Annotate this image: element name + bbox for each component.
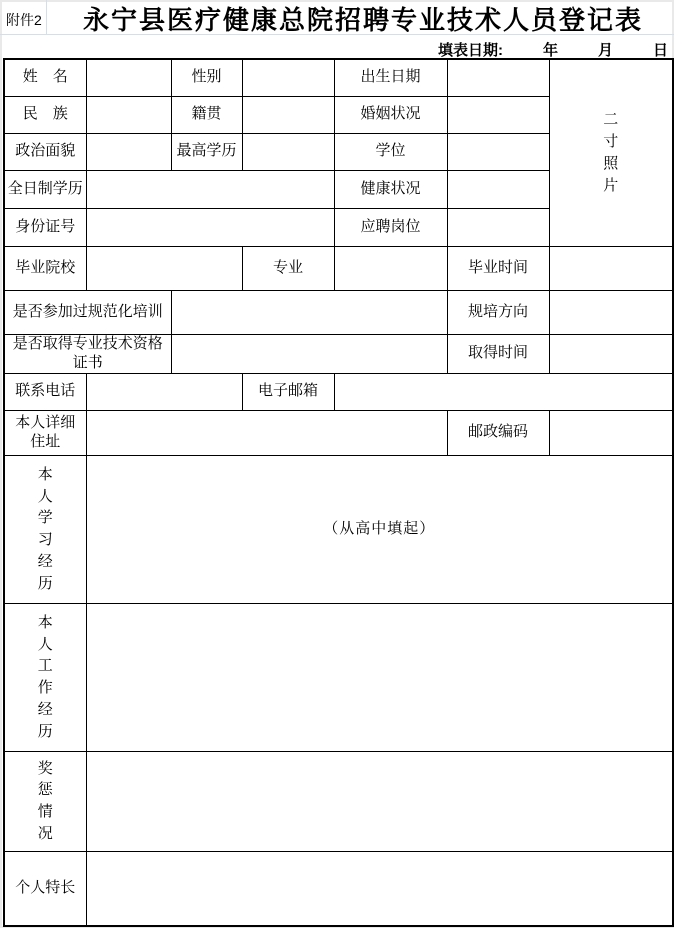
address-input-cell[interactable] (86, 410, 447, 455)
email-input-cell[interactable] (334, 373, 673, 410)
highest-education-input-cell[interactable] (242, 133, 334, 170)
political-status-label: 政治面貌 (4, 133, 86, 170)
degree-input-cell[interactable] (447, 133, 549, 170)
rewards-punishments-vertical-text: 奖惩情况 (37, 758, 53, 845)
table-row: 姓 名 性别 出生日期 二寸照片 (4, 59, 673, 96)
qualification-cert-label-line1: 是否取得专业技术资格 (7, 335, 169, 354)
ethnicity-label: 民 族 (4, 96, 86, 133)
fulltime-education-label: 全日制学历 (4, 170, 86, 208)
personal-specialty-label: 个人特长 (4, 851, 86, 926)
work-experience-vertical-text: 本人工作经历 (37, 612, 53, 743)
cert-time-input-cell[interactable] (549, 334, 673, 373)
photo-placeholder-label: 二寸照片 (603, 109, 619, 196)
highest-education-label: 最高学历 (171, 133, 242, 170)
training-direction-input-cell[interactable] (549, 290, 673, 334)
phone-input-cell[interactable] (86, 373, 242, 410)
cert-time-label: 取得时间 (447, 334, 549, 373)
standardized-training-label: 是否参加过规范化培训 (4, 290, 171, 334)
applied-position-input-cell[interactable] (447, 208, 549, 246)
birth-date-input-cell[interactable] (447, 59, 549, 96)
degree-label: 学位 (334, 133, 447, 170)
work-experience-input-area[interactable] (86, 603, 673, 751)
birth-date-label: 出生日期 (334, 59, 447, 96)
page-header: 附件2 永宁县医疗健康总院招聘专业技术人员登记表 填表日期: 年 月 日 (2, 2, 672, 58)
table-row: 奖惩情况 (4, 751, 673, 851)
work-experience-label: 本人工作经历 (4, 603, 86, 751)
photo-cell[interactable]: 二寸照片 (549, 59, 673, 246)
address-label-line2: 住址 (7, 433, 84, 452)
fulltime-education-input-cell[interactable] (86, 170, 334, 208)
graduate-school-label: 毕业院校 (4, 246, 86, 290)
political-status-input-cell[interactable] (86, 133, 171, 170)
name-label: 姓 名 (4, 59, 86, 96)
table-row: 本人工作经历 (4, 603, 673, 751)
attachment-label: 附件2 (6, 13, 42, 27)
study-experience-input-area[interactable]: （从高中填起） (86, 455, 673, 603)
standardized-training-input-cell[interactable] (171, 290, 447, 334)
major-label: 专业 (242, 246, 334, 290)
graduation-time-input-cell[interactable] (549, 246, 673, 290)
fill-date-label: 填表日期: (438, 39, 503, 60)
fill-date-line: 填表日期: 年 月 日 (438, 40, 668, 58)
phone-label: 联系电话 (4, 373, 86, 410)
major-input-cell[interactable] (334, 246, 447, 290)
marital-status-input-cell[interactable] (447, 96, 549, 133)
date-month-label: 月 (598, 39, 613, 60)
form-page: 附件2 永宁县医疗健康总院招聘专业技术人员登记表 填表日期: 年 月 日 姓 名… (2, 2, 672, 926)
table-row: 是否参加过规范化培训 规培方向 (4, 290, 673, 334)
email-label: 电子邮箱 (242, 373, 334, 410)
registration-form-table: 姓 名 性别 出生日期 二寸照片 民 族 籍贯 婚姻状况 政治面貌 (3, 58, 674, 927)
rewards-punishments-label: 奖惩情况 (4, 751, 86, 851)
study-note: （从高中填起） (323, 520, 435, 537)
gender-label: 性别 (171, 59, 242, 96)
id-number-input-cell[interactable] (86, 208, 334, 246)
marital-status-label: 婚姻状况 (334, 96, 447, 133)
qualification-cert-label-line2: 证书 (7, 354, 169, 373)
graduate-school-input-cell[interactable] (86, 246, 242, 290)
native-place-input-cell[interactable] (242, 96, 334, 133)
gender-input-cell[interactable] (242, 59, 334, 96)
health-status-input-cell[interactable] (447, 170, 549, 208)
study-experience-vertical-text: 本人学习经历 (37, 464, 53, 595)
page-title: 永宁县医疗健康总院招聘专业技术人员登记表 (60, 6, 666, 35)
address-label-line1: 本人详细 (7, 414, 84, 433)
graduation-time-label: 毕业时间 (447, 246, 549, 290)
health-status-label: 健康状况 (334, 170, 447, 208)
personal-specialty-input-area[interactable] (86, 851, 673, 926)
rewards-punishments-input-area[interactable] (86, 751, 673, 851)
gridline-vertical (46, 0, 47, 34)
postal-code-label: 邮政编码 (447, 410, 549, 455)
applied-position-label: 应聘岗位 (334, 208, 447, 246)
study-experience-label: 本人学习经历 (4, 455, 86, 603)
qualification-cert-label: 是否取得专业技术资格 证书 (4, 334, 171, 373)
table-row: 毕业院校 专业 毕业时间 (4, 246, 673, 290)
training-direction-label: 规培方向 (447, 290, 549, 334)
name-input-cell[interactable] (86, 59, 171, 96)
date-year-label: 年 (543, 39, 558, 60)
ethnicity-input-cell[interactable] (86, 96, 171, 133)
id-number-label: 身份证号 (4, 208, 86, 246)
address-label: 本人详细 住址 (4, 410, 86, 455)
table-row: 本人学习经历 （从高中填起） (4, 455, 673, 603)
table-row: 个人特长 (4, 851, 673, 926)
table-row: 是否取得专业技术资格 证书 取得时间 (4, 334, 673, 373)
native-place-label: 籍贯 (171, 96, 242, 133)
table-row: 本人详细 住址 邮政编码 (4, 410, 673, 455)
postal-code-input-cell[interactable] (549, 410, 673, 455)
qualification-cert-input-cell[interactable] (171, 334, 447, 373)
table-row: 联系电话 电子邮箱 (4, 373, 673, 410)
date-day-label: 日 (653, 39, 668, 60)
